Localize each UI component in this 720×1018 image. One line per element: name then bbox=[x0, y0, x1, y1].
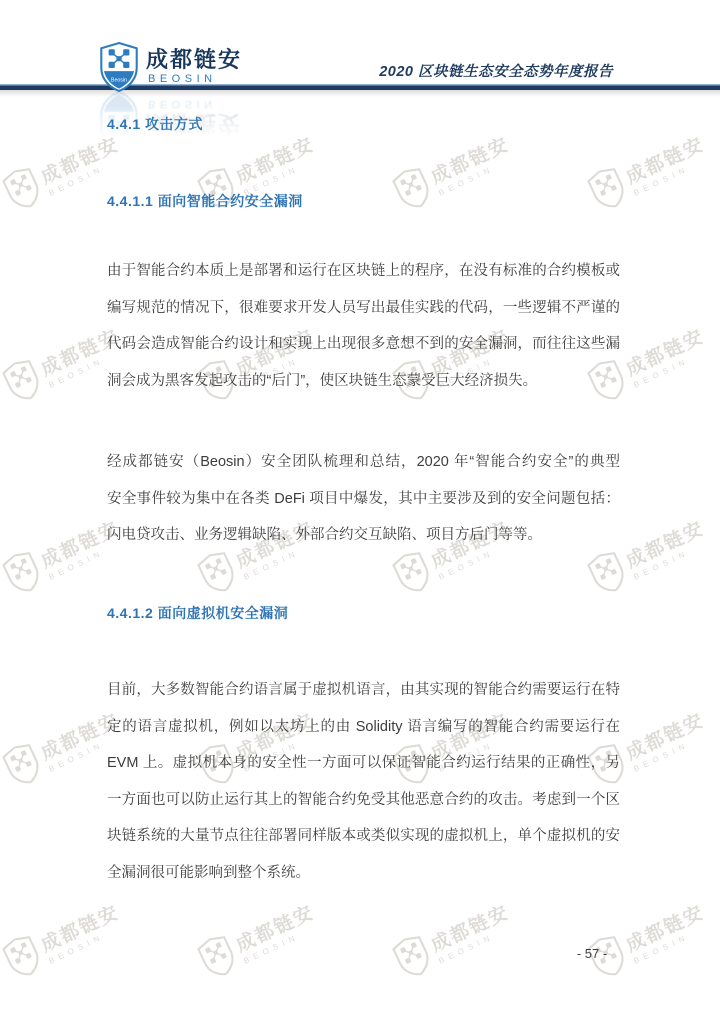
text-line: 闪电贷攻击、业务逻辑缺陷、外部合约交互缺陷、项目方后门等等。 bbox=[107, 517, 620, 554]
text-line: 块链系统的大量节点往往部署同样版本或类似实现的虚拟机上，单个虚拟机的安 bbox=[107, 818, 620, 855]
paragraph-defi-incidents: 经成都链安（Beosin）安全团队梳理和总结，2020 年“智能合约安全”的典型… bbox=[107, 444, 620, 554]
text-line: 目前，大多数智能合约语言属于虚拟机语言，由其实现的智能合约需要运行在特 bbox=[107, 672, 620, 709]
text-line: EVM 上。虚拟机本身的安全性一方面可以保证智能合约运行结果的正确性，另 bbox=[107, 745, 620, 782]
page-number: - 57 - bbox=[556, 946, 628, 961]
text-line: 一方面也可以防止运行其上的智能合约免受其他恶意合约的攻击。考虑到一个区 bbox=[107, 782, 620, 819]
text-line: 定的语言虚拟机，例如以太坊上的由 Solidity 语言编写的智能合约需要运行在 bbox=[107, 709, 620, 746]
text-line: 安全事件较为集中在各类 DeFi 项目中爆发，其中主要涉及到的安全问题包括： bbox=[107, 481, 620, 518]
heading-441: 4.4.1 攻击方式 bbox=[107, 114, 627, 134]
document-body: 4.4.1 攻击方式 4.4.1.1 面向智能合约安全漏洞 由于智能合约本质上是… bbox=[0, 0, 720, 1018]
text-line: 由于智能合约本质上是部署和运行在区块链上的程序，在没有标准的合约模板或 bbox=[107, 253, 620, 290]
report-page: 成都链安BEOSIN成都链安BEOSIN成都链安BEOSIN成都链安BEOSIN… bbox=[0, 0, 720, 1018]
text-line: 全漏洞很可能影响到整个系统。 bbox=[107, 855, 620, 892]
text-line: 经成都链安（Beosin）安全团队梳理和总结，2020 年“智能合约安全”的典型 bbox=[107, 444, 620, 481]
heading-4412: 4.4.1.2 面向虚拟机安全漏洞 bbox=[107, 603, 627, 623]
paragraph-smart-contract-intro: 由于智能合约本质上是部署和运行在区块链上的程序，在没有标准的合约模板或编写规范的… bbox=[107, 253, 620, 399]
text-line: 代码会造成智能合约设计和实现上出现很多意想不到的安全漏洞，而往往这些漏 bbox=[107, 326, 620, 363]
paragraph-vm-security: 目前，大多数智能合约语言属于虚拟机语言，由其实现的智能合约需要运行在特定的语言虚… bbox=[107, 672, 620, 892]
text-line: 洞会成为黑客发起攻击的“后门”，使区块链生态蒙受巨大经济损失。 bbox=[107, 363, 620, 400]
text-line: 编写规范的情况下，很难要求开发人员写出最佳实践的代码，一些逻辑不严谨的 bbox=[107, 290, 620, 327]
heading-4411: 4.4.1.1 面向智能合约安全漏洞 bbox=[107, 191, 627, 211]
